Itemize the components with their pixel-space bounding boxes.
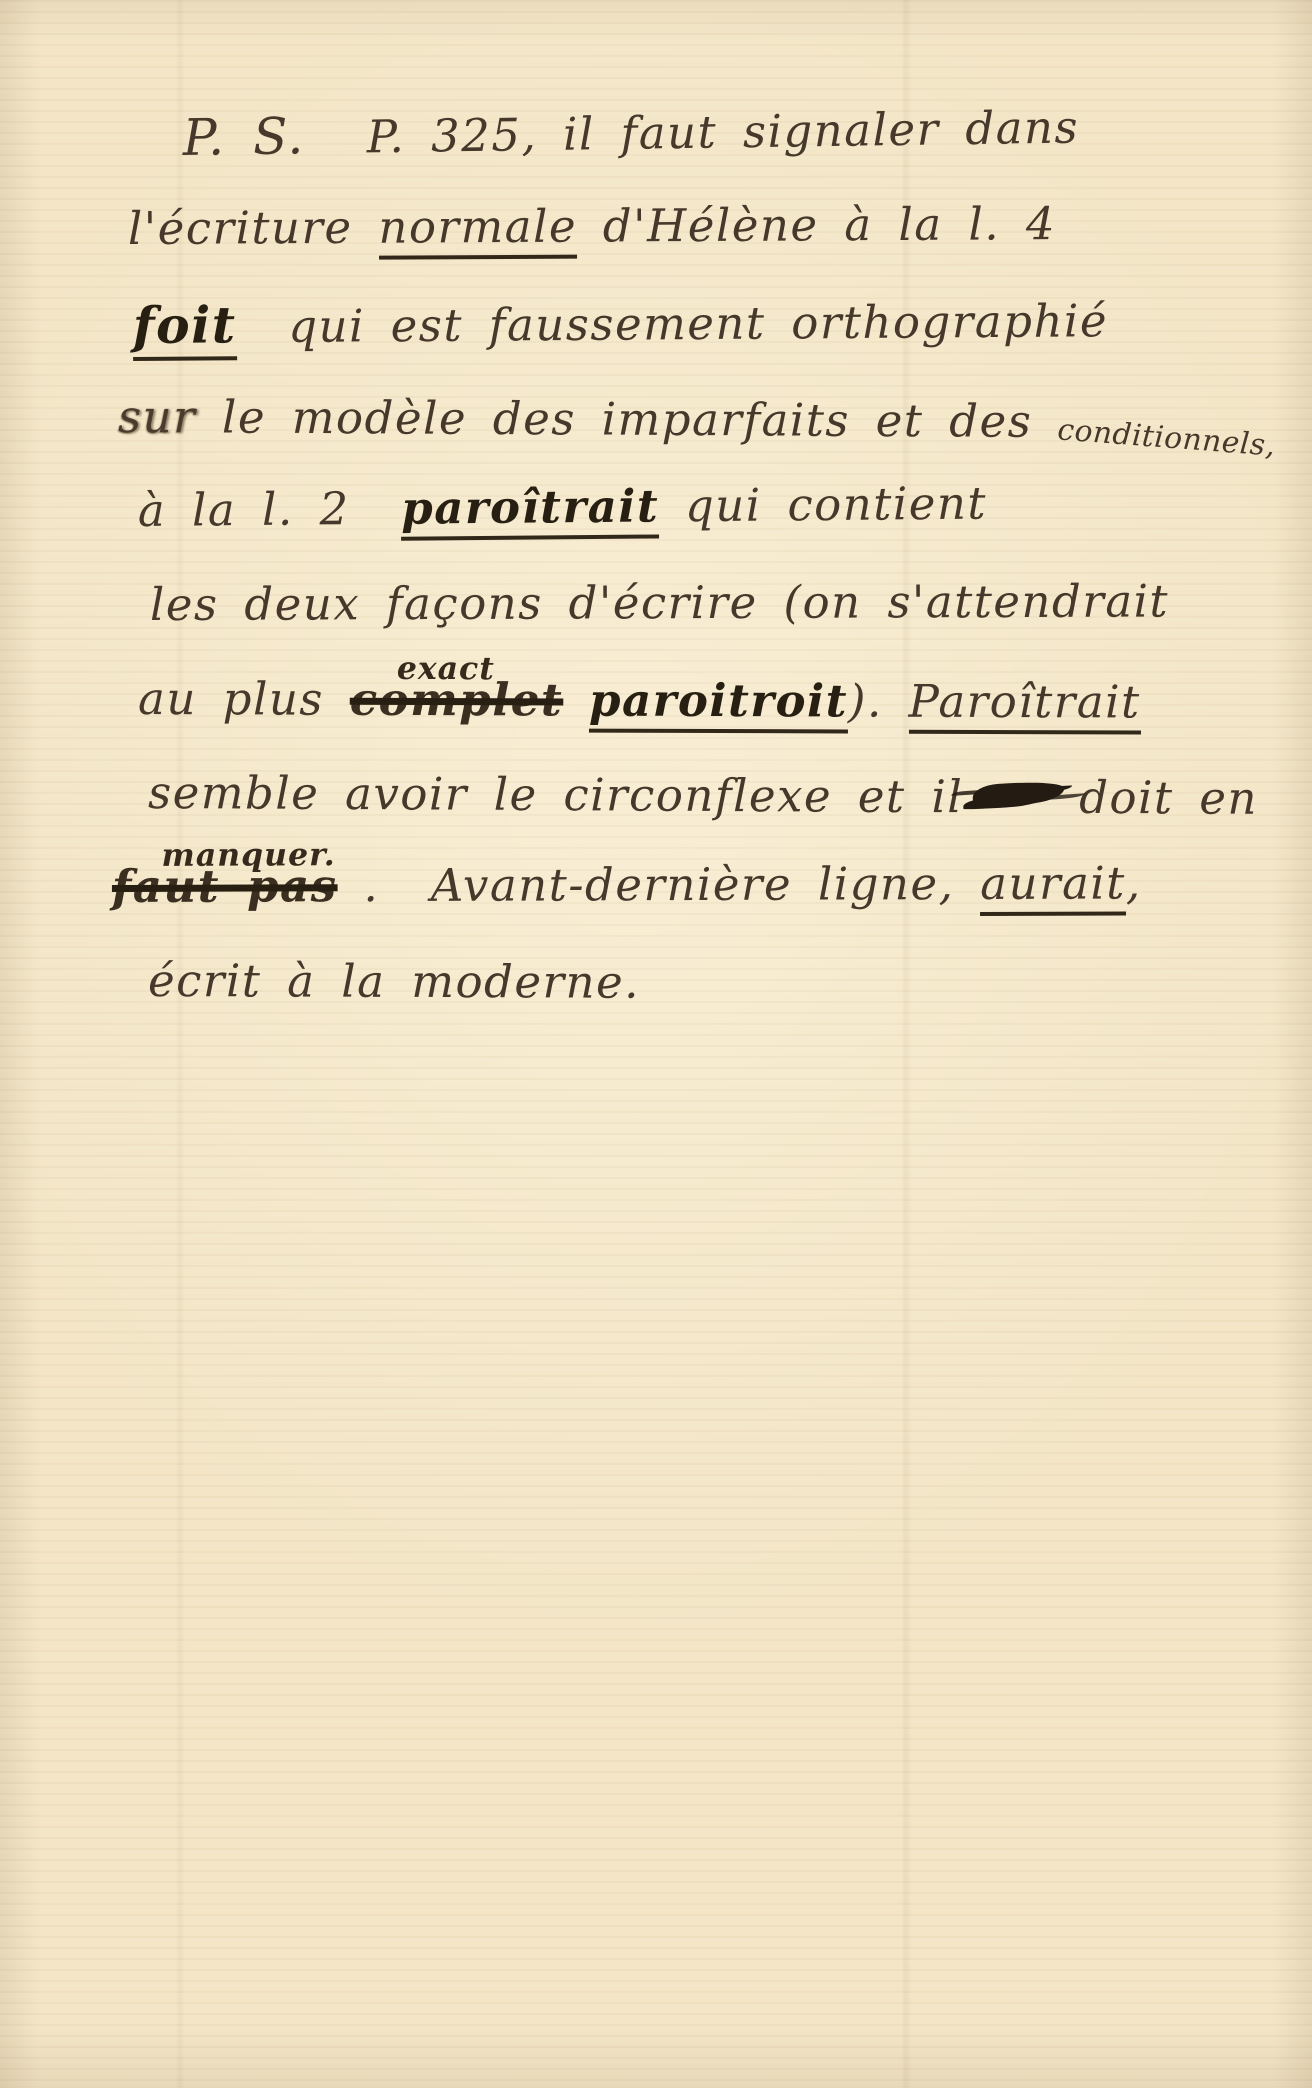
handwritten-line: à la l. 2 paroîtrait qui contient	[138, 474, 1312, 578]
manuscript-page: P. S.P. 325, il faut signaler dansl'écri…	[0, 0, 1312, 2088]
handwritten-text: ).	[848, 674, 909, 727]
handwritten-text: paroîtrait	[401, 479, 659, 540]
handwritten-text: P. 325, il faut signaler dans	[366, 100, 1079, 163]
handwritten-line: P. S.P. 325, il faut signaler dans	[182, 92, 1312, 202]
handwritten-text: . Avant-dernière ligne,	[337, 857, 980, 912]
handwritten-text: normale	[378, 200, 577, 260]
handwritten-text: faut pasmanquer.	[112, 859, 338, 913]
handwritten-text: semble avoir le circonflexe et il	[148, 766, 963, 823]
handwritten-text: l'écriture	[128, 201, 379, 255]
handwritten-text: les deux façons d'écrire (on s'attendrai…	[150, 574, 1169, 631]
handwritten-text: à la l. 2	[138, 482, 402, 537]
handwritten-text: qui contient	[659, 477, 987, 533]
handwritten-text: ,	[1126, 856, 1142, 909]
handwritten-text: foit	[133, 295, 237, 361]
handwritten-text: aurait	[980, 856, 1126, 916]
ink-blot	[972, 779, 1065, 807]
handwritten-text: le modèle des imparfaits et des	[196, 390, 1058, 448]
handwritten-line: foit qui est faussement orthographié	[133, 288, 1312, 390]
handwritten-text: d'Hélène à la l. 4	[577, 197, 1056, 253]
handwritten-text: Paroîtrait	[909, 675, 1141, 735]
handwritten-text: sur	[118, 390, 196, 443]
handwritten-text	[563, 673, 589, 726]
handwritten-text: au plus	[138, 672, 350, 726]
handwritten-text: écrit à la moderne.	[148, 954, 640, 1009]
handwritten-text: qui est faussement orthographié	[236, 294, 1108, 353]
handwritten-text: conditionnels,	[1056, 412, 1276, 463]
interlinear-insertion: exact	[397, 650, 495, 687]
manuscript-text-block: P. S.P. 325, il faut signaler dansl'écri…	[0, 108, 1312, 1048]
interlinear-insertion: manquer.	[161, 837, 335, 875]
handwritten-line: les deux façons d'écrire (on s'attendrai…	[150, 574, 1312, 672]
handwritten-line: écrit à la moderne.	[148, 954, 1312, 1052]
handwritten-line: au plus completexact paroitroit). Paroît…	[138, 672, 1312, 770]
handwritten-line: faut pasmanquer. . Avant-dernière ligne,…	[112, 856, 1312, 954]
handwritten-text: paroitroit	[589, 674, 848, 734]
handwritten-text: doit en	[1079, 771, 1258, 825]
handwritten-text: completexact	[350, 673, 564, 727]
handwritten-text: P. S.	[182, 106, 305, 167]
handwritten-line: l'écriture normale d'Hélène à la l. 4	[128, 196, 1312, 296]
